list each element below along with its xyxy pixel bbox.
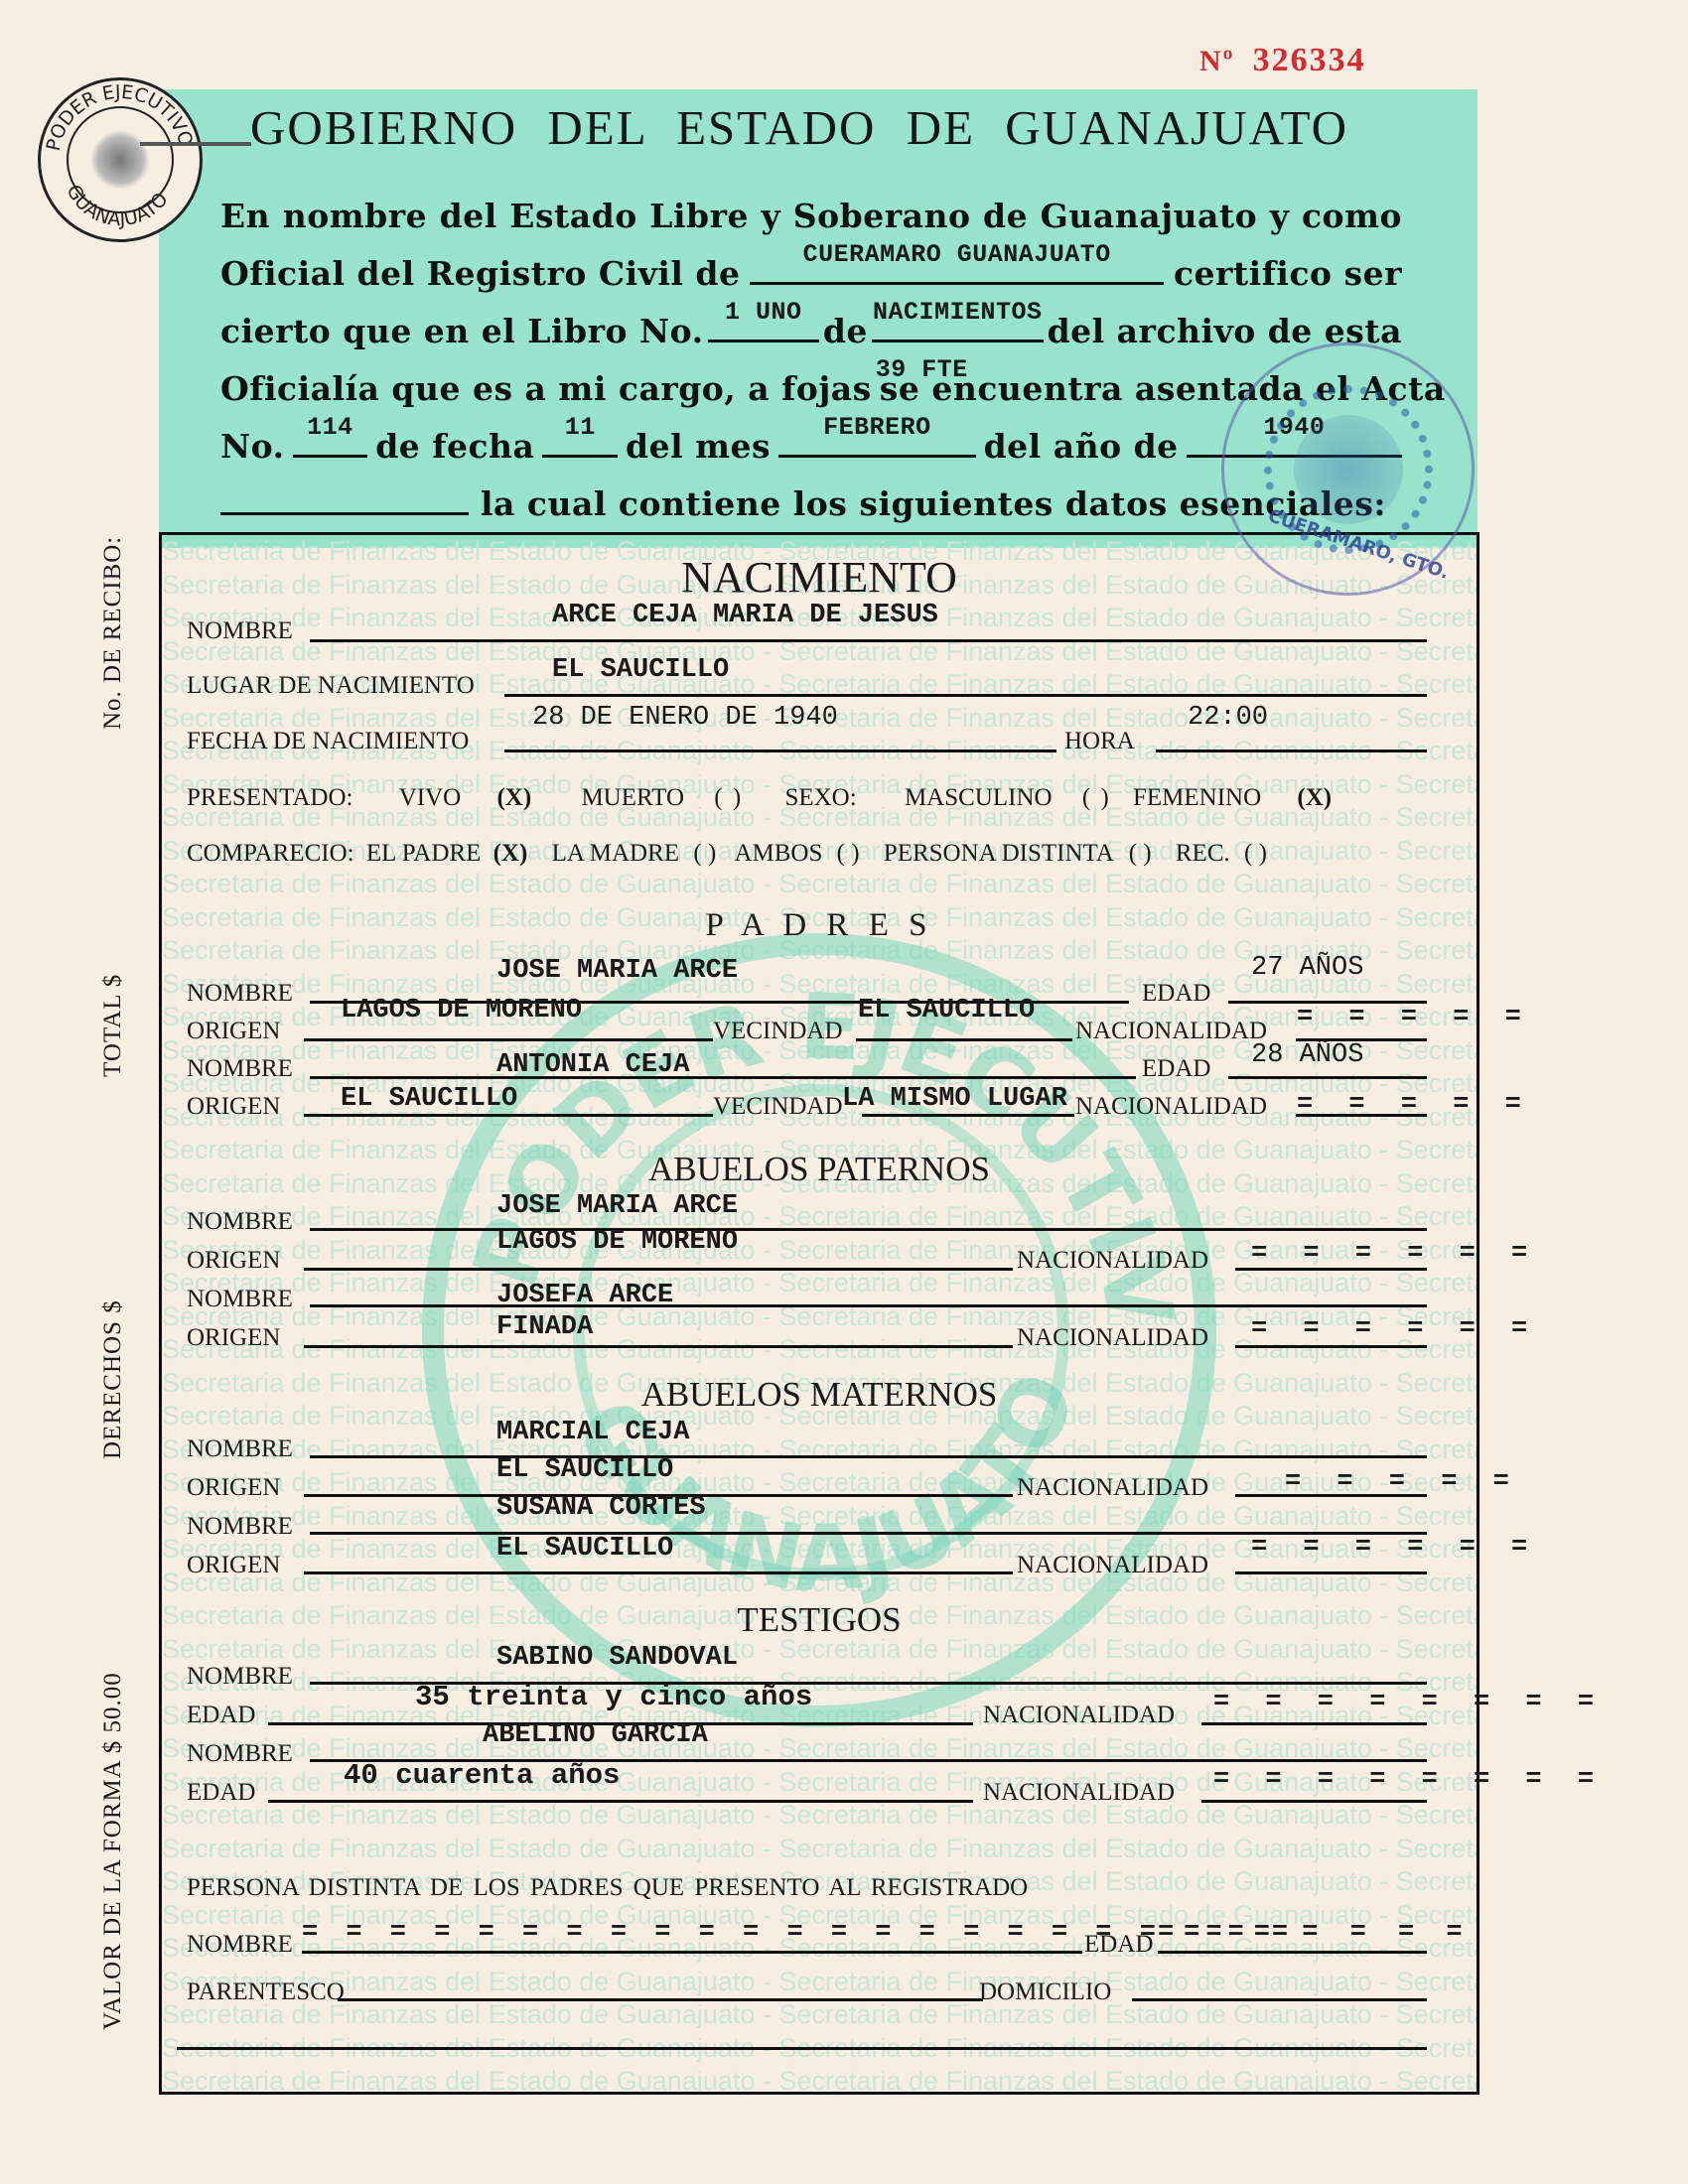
padre-vecindad: EL SAUCILLO	[858, 996, 1035, 1025]
registrant-name: ARCE CEJA MARIA DE JESUS	[552, 601, 938, 630]
testigos-heading: TESTIGOS	[159, 1600, 1479, 1640]
preamble-line-3b: de	[823, 312, 868, 350]
abuelo-mat-nombre: MARCIAL CEJA	[496, 1418, 689, 1447]
padre-label: EL PADRE	[366, 840, 482, 867]
padre-origen: LAGOS DE MORENO	[341, 996, 582, 1025]
testigo2-nombre: ABELINO GARCIA	[483, 1720, 708, 1750]
femenino-label: FEMENINO	[1133, 784, 1261, 811]
birth-time: 22:00	[1188, 703, 1268, 733]
padre-nacionalidad: = = = = =	[1297, 1003, 1531, 1032]
abuela-pat-nombre-label: NOMBRE	[187, 1286, 293, 1313]
abuela-mat-nacionalidad-label: NACIONALIDAD	[1017, 1552, 1208, 1579]
persona-nombre-label: NOMBRE	[187, 1931, 293, 1959]
testigo2-nombre-label: NOMBRE	[187, 1740, 293, 1768]
testigo1-edad-label: EDAD	[187, 1702, 255, 1729]
receipt-number-label: No. DE RECIBO:	[99, 536, 127, 730]
abuelos-maternos-heading: ABUELOS MATERNOS	[159, 1375, 1479, 1415]
page-title: GOBIERNO DEL ESTADO DE GUANAJUATO	[250, 99, 1348, 156]
fecha-label: FECHA DE NACIMIENTO	[187, 728, 469, 755]
madre-nombre-label: NOMBRE	[187, 1055, 293, 1083]
abuela-pat-origen-label: ORIGEN	[187, 1324, 280, 1352]
madre-label: LA MADRE	[552, 840, 679, 867]
masculino-label: MASCULINO	[905, 784, 1053, 811]
masculino-checkbox[interactable]: ( )	[1082, 784, 1109, 811]
padre-edad-label: EDAD	[1142, 980, 1210, 1008]
madre-checkbox[interactable]: ( )	[693, 840, 716, 867]
madre-vecindad-label: VECINDAD	[713, 1093, 843, 1121]
abuela-mat-nombre: SUSANA CORTES	[496, 1493, 706, 1523]
madre-vecindad: LA MISMO LUGAR	[842, 1084, 1067, 1114]
preamble-line-4a: Oficialía que es a mi cargo, a fojas	[220, 369, 872, 408]
abuela-mat-nacionalidad: = = = = = =	[1251, 1533, 1537, 1563]
padre-vecindad-label: VECINDAD	[713, 1018, 843, 1045]
madre-edad-label: EDAD	[1142, 1055, 1210, 1083]
testigo2-nacionalidad: = = = = = = = =	[1213, 1765, 1604, 1795]
abuelo-mat-nacionalidad-label: NACIONALIDAD	[1017, 1474, 1208, 1502]
padre-checkbox[interactable]: (X)	[493, 840, 528, 867]
comparecio-row: COMPARECIO: EL PADRE (X) LA MADRE ( ) AM…	[187, 840, 1267, 868]
preamble-line-5a: No.	[220, 427, 285, 466]
ambos-label: AMBOS	[734, 840, 822, 867]
abuelo-mat-origen: EL SAUCILLO	[496, 1455, 673, 1485]
abuela-pat-nombre: JOSEFA ARCE	[496, 1281, 673, 1310]
book-type-field: NACIMIENTOS	[872, 312, 1044, 342]
madre-origen-label: ORIGEN	[187, 1093, 280, 1121]
derechos-label: DERECHOS $	[99, 1299, 127, 1459]
madre-edad: 28 AÑOS	[1251, 1040, 1363, 1070]
abuelo-mat-nombre-label: NOMBRE	[187, 1435, 293, 1463]
domicilio-continuation-line	[177, 2047, 1427, 2050]
birth-date: 28 DE ENERO DE 1940	[532, 703, 838, 733]
comparecio-label: COMPARECIO:	[187, 840, 354, 867]
abuela-mat-origen: EL SAUCILLO	[496, 1534, 673, 1564]
padre-edad: 27 AÑOS	[1251, 953, 1363, 983]
padre-nacionalidad-label: NACIONALIDAD	[1075, 1018, 1267, 1045]
abuelo-pat-origen: LAGOS DE MORENO	[496, 1227, 738, 1257]
staple-mark	[140, 142, 251, 146]
rec-label: REC.	[1176, 840, 1230, 867]
acta-number-field: 114	[293, 427, 368, 458]
parentesco-label: PARENTESCO	[187, 1979, 345, 2006]
madre-origen: EL SAUCILLO	[341, 1084, 517, 1114]
abuelo-mat-nacionalidad: = = = = =	[1285, 1467, 1519, 1497]
abuelo-pat-nacionalidad-label: NACIONALIDAD	[1017, 1247, 1208, 1275]
testigo2-edad-label: EDAD	[187, 1779, 255, 1807]
folio-value: 326334	[1253, 42, 1366, 78]
testigo1-nacionalidad-label: NACIONALIDAD	[983, 1702, 1175, 1729]
abuela-pat-origen: FINADA	[496, 1312, 593, 1342]
madre-nacionalidad-label: NACIONALIDAD	[1075, 1093, 1267, 1121]
total-label: TOTAL $	[99, 974, 127, 1077]
presentado-label: PRESENTADO:	[187, 784, 352, 811]
abuela-pat-nacionalidad-label: NACIONALIDAD	[1017, 1324, 1208, 1352]
blank-field	[220, 502, 469, 515]
persona-edad-label: EDAD	[1084, 1931, 1153, 1959]
testigo1-nombre: SABINO SANDOVAL	[496, 1643, 738, 1673]
ambos-checkbox[interactable]: ( )	[837, 840, 860, 867]
preamble-line-5b: de fecha	[375, 427, 534, 466]
abuela-mat-nombre-label: NOMBRE	[187, 1513, 293, 1541]
month-field: FEBRERO	[778, 427, 975, 458]
presentado-row: PRESENTADO: VIVO (X) MUERTO ( ) SEXO: MA…	[187, 784, 1332, 812]
eagle-emblem-icon	[90, 130, 150, 190]
abuelo-mat-origen-label: ORIGEN	[187, 1474, 280, 1502]
folio-prefix: Nº	[1199, 45, 1235, 77]
book-number-field: 1 UNO	[708, 312, 819, 342]
preamble-line-5d: del año de	[984, 427, 1179, 466]
abuelo-pat-origen-label: ORIGEN	[187, 1247, 280, 1275]
padre-nombre: JOSE MARIA ARCE	[496, 956, 738, 986]
madre-nombre: ANTONIA CEJA	[496, 1050, 689, 1080]
abuela-mat-origen-label: ORIGEN	[187, 1552, 280, 1579]
form-value-label: VALOR DE LA FORMA $ 50.00	[99, 1672, 127, 2030]
vivo-checkbox[interactable]: (X)	[496, 784, 531, 811]
testigo1-nacionalidad: = = = = = = = =	[1213, 1688, 1604, 1717]
abuelo-pat-nombre: JOSE MARIA ARCE	[496, 1191, 738, 1221]
folio-number: Nº326334	[1199, 42, 1366, 79]
padres-heading: P A D R E S	[159, 907, 1479, 944]
sexo-label: SEXO:	[784, 784, 856, 811]
testigo1-edad: 35 treinta y cinco años	[415, 1681, 812, 1713]
abuelos-paternos-heading: ABUELOS PATERNOS	[159, 1150, 1479, 1189]
nombre-label: NOMBRE	[187, 617, 293, 645]
preamble-line-5c: del mes	[626, 427, 771, 466]
form-title: NACIMIENTO	[159, 552, 1479, 603]
persona-distinta-heading: PERSONA DISTINTA DE LOS PADRES QUE PRESE…	[187, 1874, 1028, 1902]
day-field: 11	[542, 427, 618, 458]
testigo1-nombre-label: NOMBRE	[187, 1663, 293, 1691]
persona-distinta-checkbox[interactable]: ( )	[1129, 840, 1152, 867]
registry-office-field: CUERAMARO GUANAJUATO	[750, 254, 1163, 285]
birth-place: EL SAUCILLO	[552, 655, 729, 685]
abuelo-pat-nacionalidad: = = = = = =	[1251, 1239, 1537, 1269]
abuela-pat-nacionalidad: = = = = = =	[1251, 1314, 1537, 1344]
domicilio-label: DOMICILIO	[979, 1979, 1111, 2006]
rec-checkbox[interactable]: ( )	[1244, 840, 1267, 867]
poder-ejecutivo-seal-icon: PODER EJECUTIVO GUANAJUATO	[38, 77, 203, 242]
persona-distinta-label: PERSONA DISTINTA	[884, 840, 1113, 867]
lugar-label: LUGAR DE NACIMIENTO	[187, 672, 475, 700]
preamble-line-2b: certifico ser	[1174, 254, 1402, 293]
hora-label: HORA	[1064, 728, 1135, 755]
testigo2-edad: 40 cuarenta años	[344, 1759, 620, 1792]
padre-nombre-label: NOMBRE	[187, 980, 293, 1008]
preamble-line-3a: cierto que en el Libro No.	[220, 312, 704, 350]
muerto-label: MUERTO	[581, 784, 684, 811]
preamble-line-2a: Oficial del Registro Civil de	[220, 254, 740, 293]
persona-edad: = = = = = = =	[1158, 1918, 1471, 1948]
abuelo-pat-nombre-label: NOMBRE	[187, 1208, 293, 1236]
madre-nacionalidad: = = = = =	[1297, 1090, 1531, 1120]
testigo2-nacionalidad-label: NACIONALIDAD	[983, 1779, 1175, 1807]
femenino-checkbox[interactable]: (X)	[1297, 784, 1332, 811]
padre-origen-label: ORIGEN	[187, 1018, 280, 1045]
vivo-label: VIVO	[399, 784, 462, 811]
muerto-checkbox[interactable]: ( )	[714, 784, 741, 811]
